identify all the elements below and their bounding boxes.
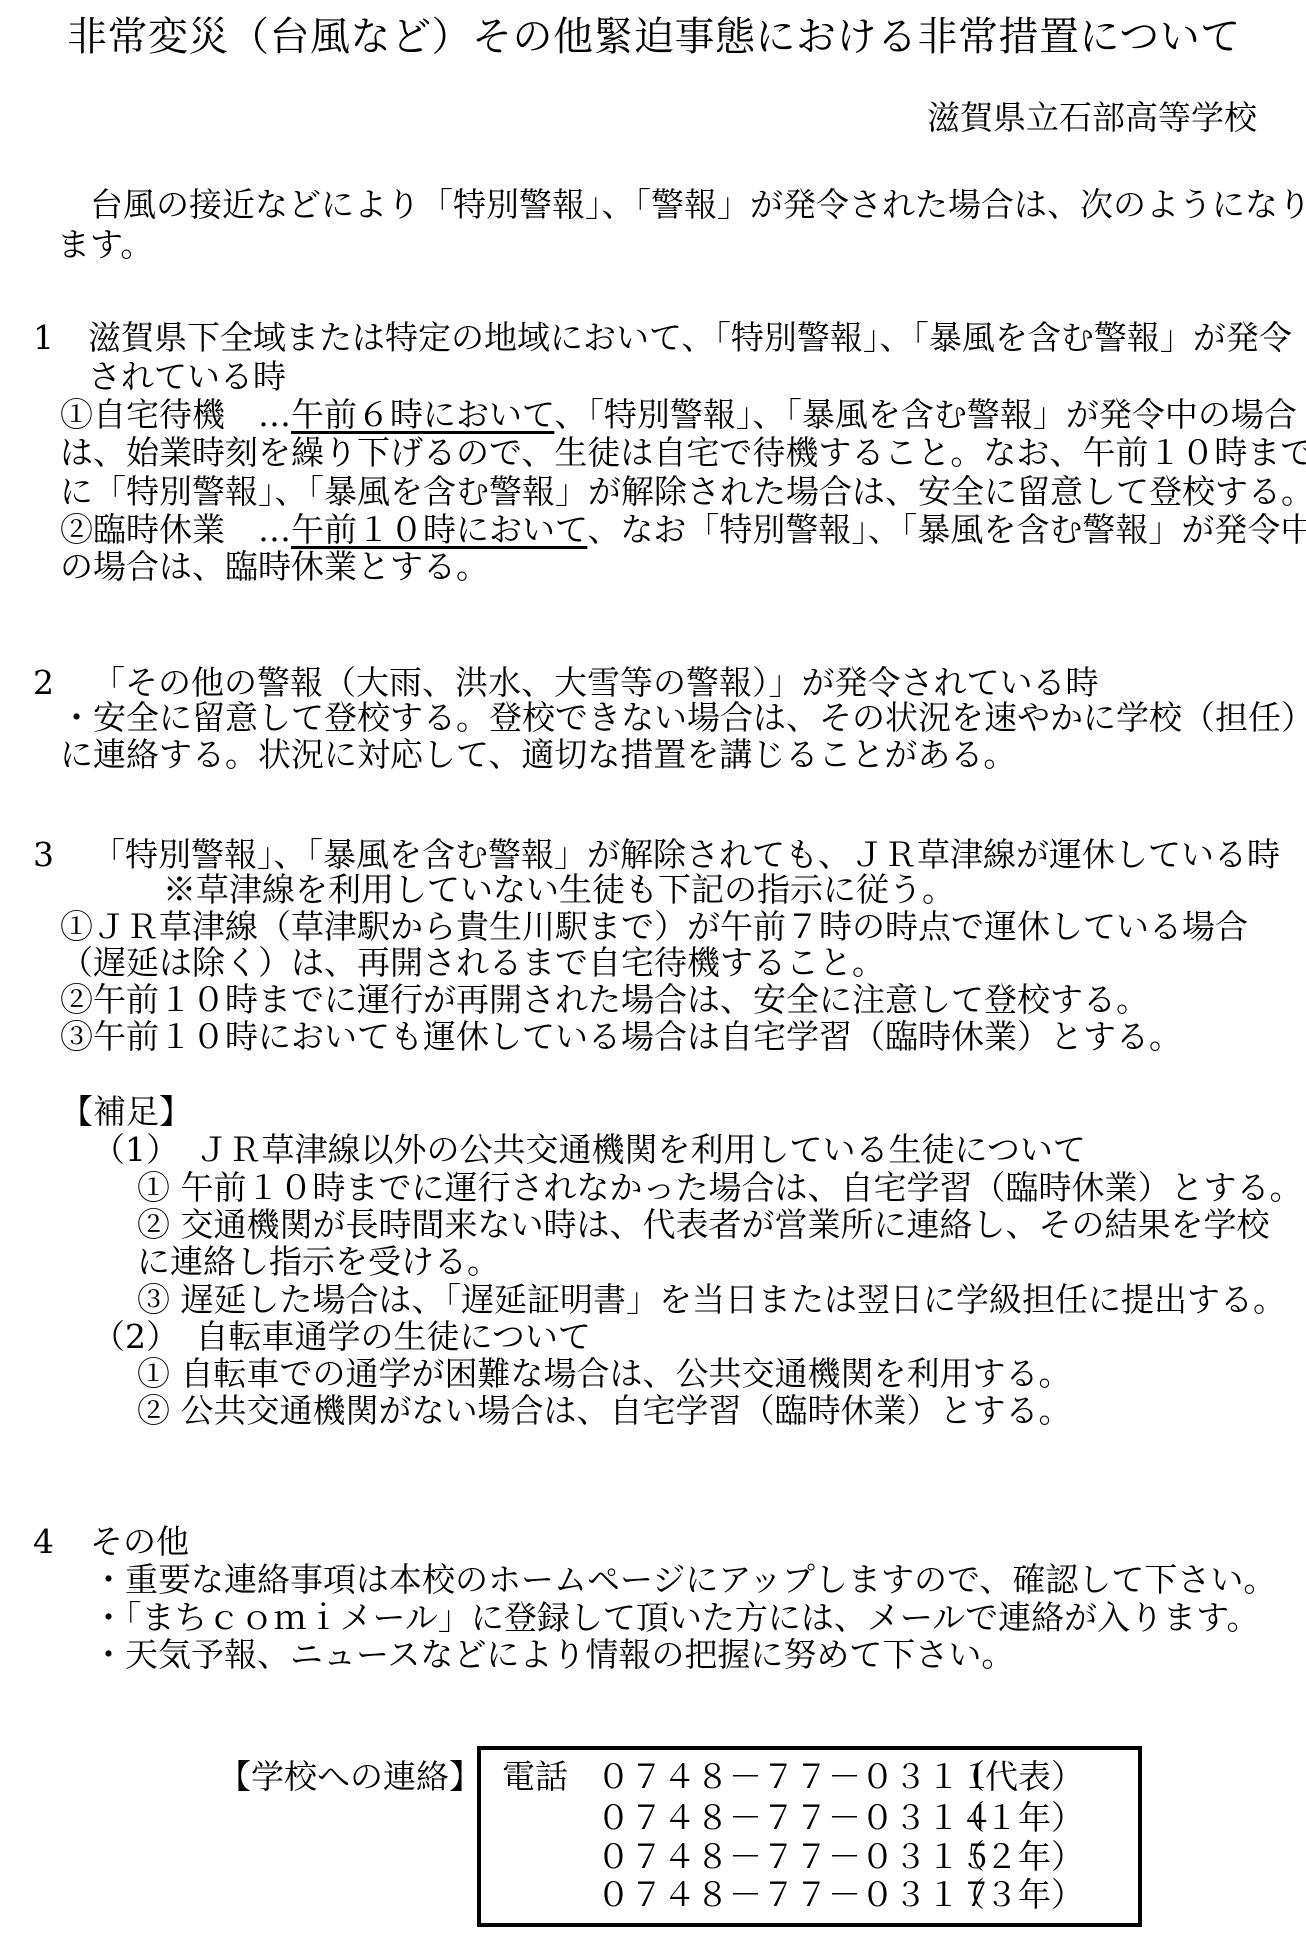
- section-heading: されている時: [88, 358, 286, 396]
- section-heading: その他: [90, 1523, 189, 1561]
- item-text: 、「特別警報」、「暴風を含む警報」が発令中の場合: [554, 395, 1297, 434]
- supplement-item: ① 自転車での通学が困難な場合は、公共交通機関を利用する。: [137, 1355, 1072, 1393]
- list-item-continued: は、始業時刻を繰り下げるので、生徒は自宅で待機すること。なお、午前１０時まで: [60, 434, 1306, 472]
- contact-label: 【学校への連絡】: [218, 1758, 482, 1796]
- item-text: 、なお「特別警報」、「暴風を含む警報」が発令中: [587, 510, 1306, 549]
- phone-note: （２年）: [952, 1838, 1084, 1876]
- phone-number: ０７４８－７７－０３１５: [597, 1838, 993, 1876]
- document-title: 非常変災（台風など）その他緊迫事態における非常措置について: [67, 14, 1241, 60]
- section-number: 1: [33, 319, 54, 357]
- list-item: ①ＪＲ草津線（草津駅から貴生川駅まで）が午前７時の時点で運休している場合: [60, 908, 1248, 946]
- section-heading: 「特別警報」、「暴風を含む警報」が解除されても、ＪＲ草津線が運休している時: [92, 836, 1280, 874]
- section-note: ※草津線を利用していない生徒も下記の指示に従う。: [163, 871, 955, 909]
- bullet-item-continued: に連絡する。状況に対応して、適切な措置を講じることがある。: [60, 736, 1016, 774]
- supplement-item: ② 交通機関が長時間来ない時は、代表者が営業所に連絡し、その結果を学校: [137, 1206, 1270, 1244]
- list-item: ③午前１０時においても運休している場合は自宅学習（臨時休業）とする。: [60, 1018, 1182, 1056]
- phone-note: （３年）: [952, 1876, 1084, 1914]
- list-item: ②臨時休業 …午前１０時において、なお「特別警報」、「暴風を含む警報」が発令中: [60, 511, 1306, 549]
- school-name: 滋賀県立石部高等学校: [927, 99, 1257, 137]
- supplement-item-continued: に連絡し指示を受ける。: [137, 1243, 500, 1281]
- item-label: ②臨時休業 …: [60, 510, 291, 549]
- bullet-item: ・重要な連絡事項は本校のホームページにアップしますので、確認して下さい。: [92, 1561, 1276, 1599]
- phone-note: （代表）: [952, 1758, 1084, 1796]
- supplement-subheading: （2） 自転車通学の生徒について: [92, 1318, 591, 1356]
- list-item-continued: （遅延は除く）は、再開されるまで自宅待機すること。: [60, 944, 885, 982]
- phone-number: ０７４８－７７－０３１４: [597, 1799, 993, 1837]
- supplement-item: ① 午前１０時までに運行されなかった場合は、自宅学習（臨時休業）とする。: [137, 1169, 1303, 1207]
- section-number: 2: [33, 664, 54, 702]
- underlined-time: 午前６時において: [291, 395, 554, 434]
- phone-note: （１年）: [952, 1799, 1084, 1837]
- phone-label: 電話: [502, 1758, 568, 1796]
- bullet-item: ・安全に留意して登校する。登校できない場合は、その状況を速やかに学校（担任）: [60, 699, 1306, 737]
- supplement-item: ② 公共交通機関がない場合は、自宅学習（臨時休業）とする。: [137, 1392, 1072, 1430]
- list-item: ①自宅待機 …午前６時において、「特別警報」、「暴風を含む警報」が発令中の場合: [60, 396, 1297, 434]
- list-item-continued: に「特別警報」、「暴風を含む警報」が解除された場合は、安全に留意して登校する。: [60, 473, 1306, 511]
- bullet-item: ・「まちｃｏｍｉメール」に登録して頂いた方には、メールで連絡が入ります。: [92, 1599, 1260, 1637]
- supplement-label: 【補足】: [60, 1093, 192, 1131]
- item-label: ①自宅待機 …: [60, 395, 291, 434]
- intro-line: ます。: [57, 226, 153, 264]
- list-item-continued: の場合は、臨時休業とする。: [60, 548, 489, 586]
- supplement-subheading: （1） ＪＲ草津線以外の公共交通機関を利用している生徒について: [92, 1131, 1086, 1169]
- underlined-time: 午前１０時において: [291, 510, 587, 549]
- supplement-item: ③ 遅延した場合は、「遅延証明書」を当日または翌日に学級担任に提出する。: [137, 1281, 1286, 1319]
- section-heading: 「その他の警報（大雨、洪水、大雪等の警報）」が発令されている時: [92, 664, 1099, 702]
- phone-number: ０７４８－７７－０３１７: [597, 1876, 993, 1914]
- intro-line: 台風の接近などにより「特別警報」、「警報」が発令された場合は、次のようになり: [90, 186, 1306, 224]
- section-heading: 滋賀県下全域または特定の地域において、「特別警報」、「暴風を含む警報」が発令: [88, 319, 1292, 357]
- section-number: 4: [33, 1523, 54, 1561]
- phone-number: ０７４８－７７－０３１１: [597, 1758, 993, 1796]
- list-item: ②午前１０時までに運行が再開された場合は、安全に注意して登校する。: [60, 981, 1149, 1019]
- bullet-item: ・天気予報、ニュースなどにより情報の把握に努めて下さい。: [92, 1636, 1014, 1674]
- section-number: 3: [33, 836, 54, 874]
